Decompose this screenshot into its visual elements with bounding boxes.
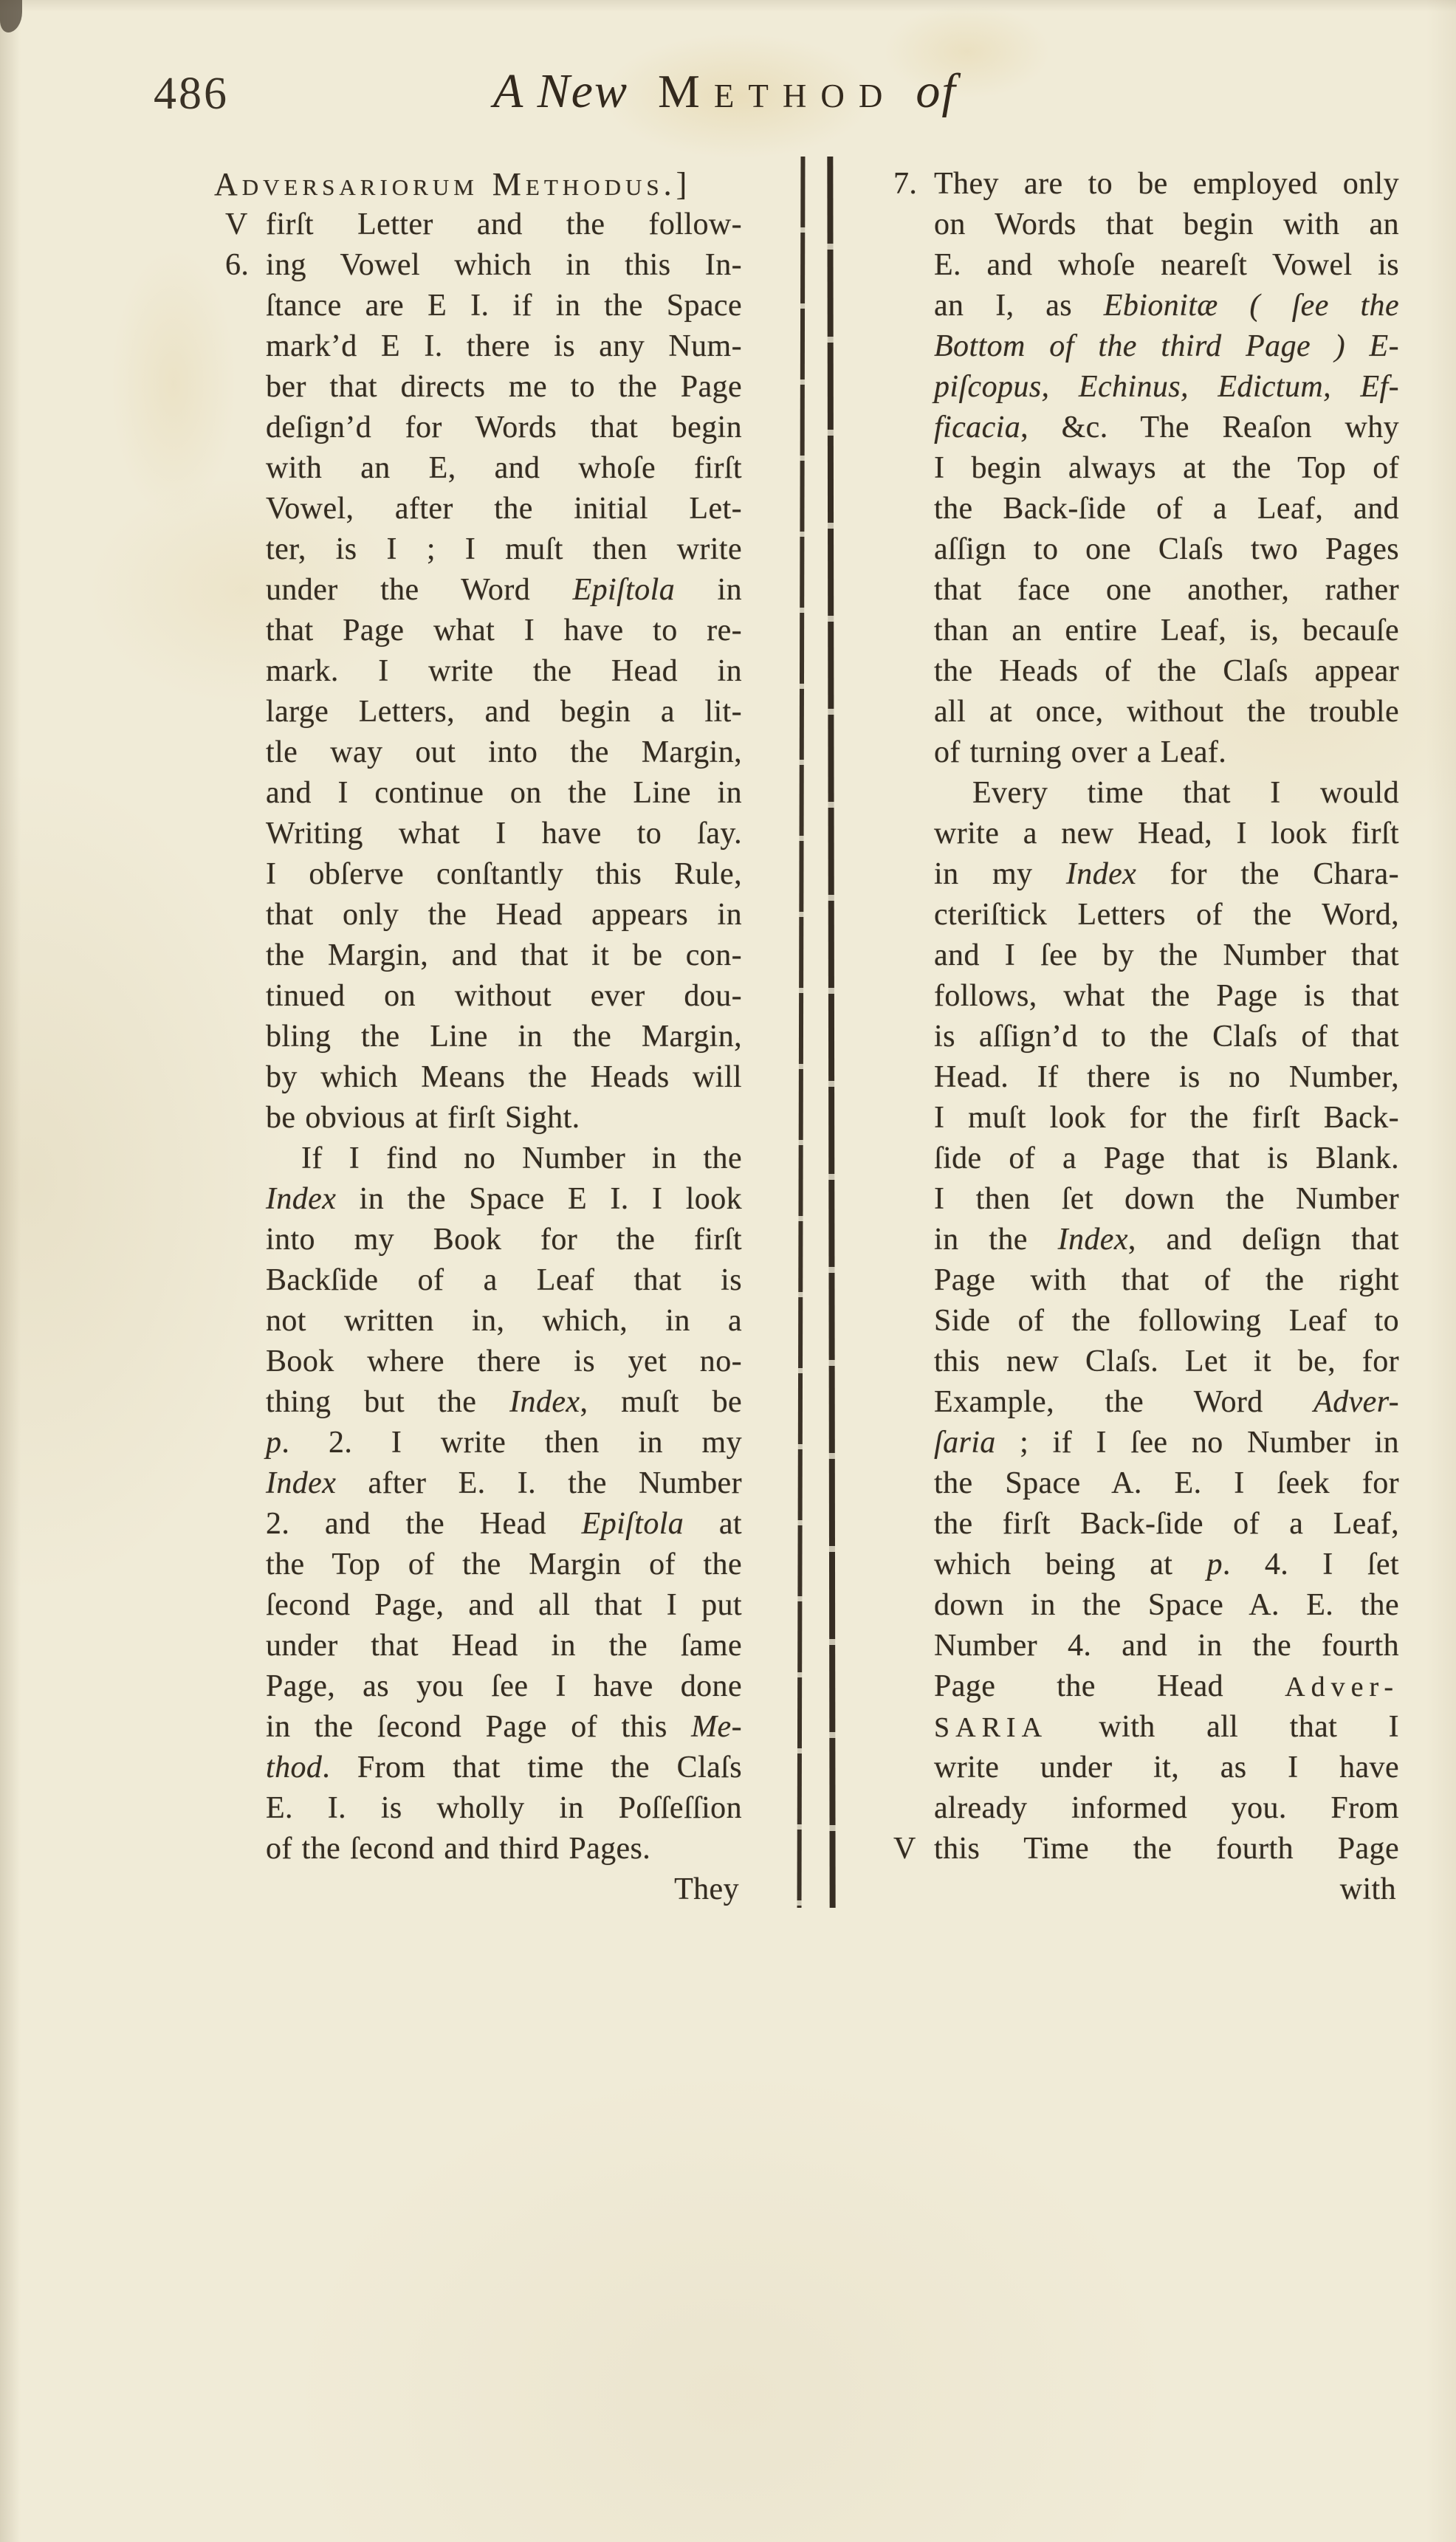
text-line: If I find no Number in the	[225, 1138, 742, 1179]
roman-text: with all that I	[1048, 1710, 1399, 1744]
text-line: Bottom of the third Page ) E-	[893, 326, 1399, 367]
text-line: with an E, and whoſe firſt	[225, 448, 742, 489]
text-line: thing but the Index, muſt be	[225, 1382, 742, 1423]
italic-text: thod	[266, 1751, 322, 1784]
text-line: bling the Line in the Margin,	[225, 1017, 742, 1057]
italic-text: ficacia	[934, 411, 1020, 444]
text-line: not written in, which, in a	[225, 1301, 742, 1342]
roman-text: Side of the following Leaf to	[934, 1304, 1399, 1338]
text-line: Head. If there is no Number,	[893, 1057, 1399, 1098]
text-line: Book where there is yet no-	[225, 1342, 742, 1382]
spaced-caps-text: Adver-	[1285, 1672, 1399, 1703]
italic-text: p	[266, 1426, 281, 1460]
text-line: this new Claſs. Let it be, for	[893, 1342, 1399, 1382]
italic-text: Bottom of the third Page ) E-	[934, 329, 1399, 363]
column-rule-right	[827, 157, 835, 1908]
roman-text: , &c. The Reaſon why	[1020, 411, 1399, 444]
section-heading: Adversariorum Methodus.]	[174, 164, 742, 205]
scan-edge-artifact	[0, 0, 22, 32]
text-line: down in the Space A. E. the	[893, 1585, 1399, 1626]
roman-text: Backſide of a Leaf that is	[266, 1263, 742, 1297]
roman-text: E. I. is wholly in Poſſeſſion	[266, 1791, 742, 1825]
roman-text: I obſerve conſtantly this Rule,	[266, 857, 742, 891]
text-line: cteriſtick Letters of the Word,	[893, 895, 1399, 935]
roman-text: E. and whoſe neareſt Vowel is	[934, 248, 1399, 282]
roman-text: Number 4. and in the fourth	[934, 1629, 1399, 1663]
roman-text: ing Vowel which in this In-	[266, 248, 742, 282]
roman-text: Page with that of the right	[934, 1263, 1399, 1297]
roman-text: bling the Line in the Margin,	[266, 1020, 742, 1054]
text-line: 6.ing Vowel which in this In-	[225, 245, 742, 286]
text-line: the Margin, and that it be con-	[225, 935, 742, 976]
roman-text: that Page what I have to re-	[266, 614, 742, 647]
text-line: SARIA with all that I	[893, 1707, 1399, 1748]
text-line: under the Word Epiſtola in	[225, 570, 742, 611]
roman-text: . From that time the Claſs	[322, 1751, 742, 1784]
roman-text: the Top of the Margin of the	[266, 1547, 742, 1581]
roman-text: 2. and the Head	[266, 1507, 582, 1541]
roman-text: in my	[934, 857, 1066, 891]
italic-text: Epiſtola	[582, 1507, 684, 1541]
italic-text: piſcopus, Echinus, Edictum, Ef-	[934, 370, 1399, 404]
text-line: on Words that begin with an	[893, 205, 1399, 245]
text-line: ſaria ; if I ſee no Number in	[893, 1423, 1399, 1463]
left-column: Adversariorum Methodus.]Vfirſt Letter an…	[225, 164, 742, 1910]
roman-text: of turning over a Leaf.	[934, 735, 1226, 769]
roman-text: under the Word	[266, 573, 573, 607]
italic-text: Adver-	[1314, 1385, 1399, 1419]
margin-mark: 7.	[893, 164, 917, 205]
header-method: Method	[658, 65, 896, 117]
text-line: Index in the Space E I. I look	[225, 1179, 742, 1220]
roman-text: all at once, without the trouble	[934, 695, 1399, 729]
text-line: Vthis Time the fourth Page	[893, 1829, 1399, 1869]
text-line: mark. I write the Head in	[225, 651, 742, 692]
text-line: ficacia, &c. The Reaſon why	[893, 408, 1399, 448]
roman-text: Every time that I would	[972, 776, 1399, 810]
roman-text: the firſt Back-ſide of a Leaf,	[934, 1507, 1399, 1541]
margin-mark: 6.	[225, 245, 249, 286]
text-line: which being at p. 4. I ſet	[893, 1545, 1399, 1585]
roman-text: the Heads of the Claſs appear	[934, 654, 1399, 688]
text-line: Vowel, after the initial Let-	[225, 489, 742, 529]
roman-text: with an E, and whoſe firſt	[266, 451, 742, 485]
column-rule-left	[797, 157, 806, 1908]
roman-text: Page, as you ſee I have done	[266, 1669, 742, 1703]
text-line: write a new Head, I look firſt	[893, 814, 1399, 854]
text-line: all at once, without the trouble	[893, 692, 1399, 732]
text-line: Page with that of the right	[893, 1260, 1399, 1301]
text-line: follows, what the Page is that	[893, 976, 1399, 1017]
spaced-caps-text: SARIA	[934, 1712, 1048, 1743]
text-line: in the Index, and deſign that	[893, 1220, 1399, 1260]
roman-text: . 2. I write then in my	[281, 1426, 742, 1460]
roman-text: that only the Head appears in	[266, 898, 742, 932]
roman-text: and I ſee by the Number that	[934, 938, 1399, 972]
roman-text: Vowel, after the initial Let-	[266, 492, 742, 526]
text-line: in the ſecond Page of this Me-	[225, 1707, 742, 1748]
roman-text: this Time the fourth Page	[934, 1832, 1399, 1866]
roman-text: Example, the Word	[934, 1385, 1314, 1419]
roman-text: ſtance are E I. if in the Space	[266, 289, 742, 323]
text-line: Page the Head Adver-	[893, 1666, 1399, 1707]
roman-text: for the Chara-	[1136, 857, 1399, 891]
roman-text: write under it, as I have	[934, 1751, 1399, 1784]
text-line: E. and whoſe neareſt Vowel is	[893, 245, 1399, 286]
text-line: 2. and the Head Epiſtola at	[225, 1504, 742, 1545]
italic-text: Index	[1066, 857, 1136, 891]
roman-text: ſide of a Page that is Blank.	[934, 1141, 1399, 1175]
text-line: thod. From that time the Claſs	[225, 1748, 742, 1788]
roman-text: in the	[934, 1223, 1058, 1257]
text-line: and I ſee by the Number that	[893, 935, 1399, 976]
roman-text: ber that directs me to the Page	[266, 370, 742, 404]
roman-text: Book where there is yet no-	[266, 1344, 742, 1378]
book-page-scan: 486 A NewMethodof Adversariorum Methodus…	[0, 0, 1456, 2542]
roman-text: . 4. I ſet	[1223, 1547, 1399, 1581]
text-line: deſign’d for Words that begin	[225, 408, 742, 448]
header-a-new: A New	[493, 64, 628, 118]
roman-text: down in the Space A. E. the	[934, 1588, 1399, 1622]
roman-text: , muſt be	[580, 1385, 742, 1419]
roman-text: in the Space E I. I look	[336, 1182, 742, 1216]
italic-text: Index	[1058, 1223, 1128, 1257]
roman-text: aſſign to one Claſs two Pages	[934, 532, 1399, 566]
italic-text: Epiſtola	[573, 573, 676, 607]
text-line: ſecond Page, and all that I put	[225, 1585, 742, 1626]
roman-text: write a new Head, I look firſt	[934, 817, 1399, 851]
italic-text: ſaria	[934, 1426, 996, 1460]
italic-text: Index	[266, 1466, 336, 1500]
roman-text: large Letters, and begin a lit-	[266, 695, 742, 729]
text-line: the Space A. E. I ſeek for	[893, 1463, 1399, 1504]
text-line: that only the Head appears in	[225, 895, 742, 935]
roman-text: deſign’d for Words that begin	[266, 411, 742, 444]
margin-mark: V	[893, 1829, 916, 1869]
roman-text: Head. If there is no Number,	[934, 1060, 1399, 1094]
text-line: Vfirſt Letter and the follow-	[225, 205, 742, 245]
italic-text: p	[1206, 1547, 1222, 1581]
roman-text: If I find no Number in the	[301, 1141, 742, 1175]
italic-text: Ebionitæ ( ſee the	[1104, 289, 1399, 323]
roman-text: an I, as	[934, 289, 1104, 323]
text-line: that face one another, rather	[893, 570, 1399, 611]
roman-text: I then ſet down the Number	[934, 1182, 1399, 1216]
roman-text: They are to be employed only	[934, 167, 1399, 201]
text-line: that Page what I have to re-	[225, 611, 742, 651]
roman-text: the Space A. E. I ſeek for	[934, 1466, 1399, 1500]
text-line: into my Book for the firſt	[225, 1220, 742, 1260]
italic-text: Me-	[691, 1710, 742, 1744]
text-line: the Top of the Margin of the	[225, 1545, 742, 1585]
text-line: Backſide of a Leaf that is	[225, 1260, 742, 1301]
roman-text: ; if I ſee no Number in	[996, 1426, 1399, 1460]
text-line: large Letters, and begin a lit-	[225, 692, 742, 732]
roman-text: this new Claſs. Let it be, for	[934, 1344, 1399, 1378]
roman-text: by which Means the Heads will	[266, 1060, 742, 1094]
roman-text: at	[684, 1507, 742, 1541]
roman-text: under that Head in the ſame	[266, 1629, 742, 1663]
roman-text: I begin always at the Top of	[934, 451, 1399, 485]
roman-text: tle way out into the Margin,	[266, 735, 742, 769]
right-column: 7.They are to be employed onlyon Words t…	[893, 164, 1399, 1910]
roman-text: mark. I write the Head in	[266, 654, 742, 688]
running-header: A NewMethodof	[493, 63, 957, 120]
text-line: E. I. is wholly in Poſſeſſion	[225, 1788, 742, 1829]
text-line: Side of the following Leaf to	[893, 1301, 1399, 1342]
text-line: piſcopus, Echinus, Edictum, Ef-	[893, 367, 1399, 408]
text-line: p. 2. I write then in my	[225, 1423, 742, 1463]
text-line: already informed you. From	[893, 1788, 1399, 1829]
text-line: tle way out into the Margin,	[225, 732, 742, 773]
text-line: aſſign to one Claſs two Pages	[893, 529, 1399, 570]
text-line: than an entire Leaf, is, becauſe	[893, 611, 1399, 651]
roman-text: tinued on without ever dou-	[266, 979, 742, 1013]
roman-text: on Words that begin with an	[934, 207, 1399, 241]
text-line: is aſſign’d to the Claſs of that	[893, 1017, 1399, 1057]
text-line: Example, the Word Adver-	[893, 1382, 1399, 1423]
margin-mark: V	[225, 205, 248, 245]
roman-text: , and deſign that	[1128, 1223, 1399, 1257]
text-line: of the ſecond and third Pages.	[225, 1829, 742, 1869]
text-line: tinued on without ever dou-	[225, 976, 742, 1017]
roman-text: of the ſecond and third Pages.	[266, 1832, 650, 1866]
text-line: and I continue on the Line in	[225, 773, 742, 814]
roman-text: thing but the	[266, 1385, 509, 1419]
roman-text: in the ſecond Page of this	[266, 1710, 691, 1744]
text-line: ſide of a Page that is Blank.	[893, 1138, 1399, 1179]
roman-text: Adversariorum Methodus.]	[214, 166, 691, 202]
roman-text: be obvious at firſt Sight.	[266, 1101, 580, 1135]
roman-text: ſecond Page, and all that I put	[266, 1588, 742, 1622]
text-line: 7.They are to be employed only	[893, 164, 1399, 205]
text-line: the Heads of the Claſs appear	[893, 651, 1399, 692]
catchword: with	[893, 1869, 1399, 1910]
text-line: I muſt look for the firſt Back-	[893, 1098, 1399, 1138]
roman-text: is aſſign’d to the Claſs of that	[934, 1020, 1399, 1054]
text-line: I obſerve conſtantly this Rule,	[225, 854, 742, 895]
italic-text: Index	[509, 1385, 580, 1419]
text-line: ter, is I ; I muſt then write	[225, 529, 742, 570]
text-line: of turning over a Leaf.	[893, 732, 1399, 773]
text-line: an I, as Ebionitæ ( ſee the	[893, 286, 1399, 326]
roman-text: cteriſtick Letters of the Word,	[934, 898, 1399, 932]
text-line: by which Means the Heads will	[225, 1057, 742, 1098]
roman-text: into my Book for the firſt	[266, 1223, 742, 1257]
roman-text: in	[675, 573, 742, 607]
roman-text: and I continue on the Line in	[266, 776, 742, 810]
text-line: be obvious at firſt Sight.	[225, 1098, 742, 1138]
roman-text: follows, what the Page is that	[934, 979, 1399, 1013]
page-number: 486	[154, 68, 229, 120]
roman-text: the Back-ſide of a Leaf, and	[934, 492, 1399, 526]
roman-text: after E. I. the Number	[336, 1466, 742, 1500]
roman-text: that face one another, rather	[934, 573, 1399, 607]
text-line: ſtance are E I. if in the Space	[225, 286, 742, 326]
roman-text: Writing what I have to ſay.	[266, 817, 742, 851]
roman-text: already informed you. From	[934, 1791, 1399, 1825]
text-line: I then ſet down the Number	[893, 1179, 1399, 1220]
text-line: the Back-ſide of a Leaf, and	[893, 489, 1399, 529]
text-line: mark’d E I. there is any Num-	[225, 326, 742, 367]
roman-text: I muſt look for the firſt Back-	[934, 1101, 1399, 1135]
text-line: under that Head in the ſame	[225, 1626, 742, 1666]
italic-text: Index	[266, 1182, 336, 1216]
roman-text: Page the Head	[934, 1669, 1285, 1703]
header-of: of	[916, 64, 956, 118]
roman-text: not written in, which, in a	[266, 1304, 742, 1338]
text-line: in my Index for the Chara-	[893, 854, 1399, 895]
text-line: ber that directs me to the Page	[225, 367, 742, 408]
roman-text: firſt Letter and the follow-	[266, 207, 742, 241]
text-line: Number 4. and in the fourth	[893, 1626, 1399, 1666]
roman-text: mark’d E I. there is any Num-	[266, 329, 742, 363]
text-line: Writing what I have to ſay.	[225, 814, 742, 854]
roman-text: than an entire Leaf, is, becauſe	[934, 614, 1399, 647]
text-line: the firſt Back-ſide of a Leaf,	[893, 1504, 1399, 1545]
roman-text: which being at	[934, 1547, 1206, 1581]
roman-text: ter, is I ; I muſt then write	[266, 532, 742, 566]
text-line: Every time that I would	[893, 773, 1399, 814]
text-line: Page, as you ſee I have done	[225, 1666, 742, 1707]
roman-text: the Margin, and that it be con-	[266, 938, 742, 972]
text-line: I begin always at the Top of	[893, 448, 1399, 489]
catchword: They	[225, 1869, 742, 1910]
text-line: Index after E. I. the Number	[225, 1463, 742, 1504]
text-line: write under it, as I have	[893, 1748, 1399, 1788]
